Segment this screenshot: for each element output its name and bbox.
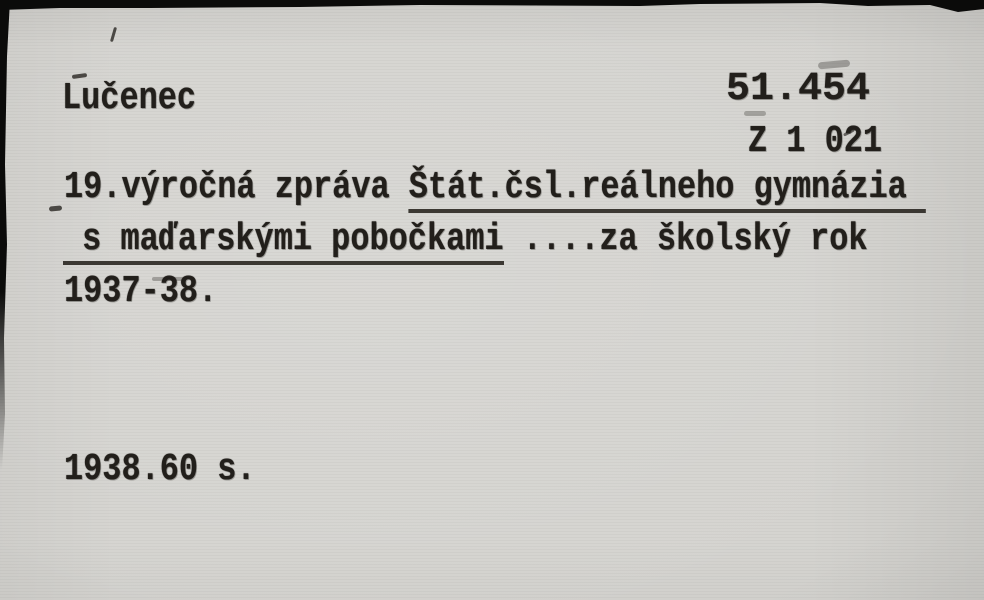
stray-mark-slash: [110, 27, 117, 42]
title-line2-underlined: s maďarskými pobočkami: [63, 218, 504, 265]
call-number: 51.454: [726, 70, 870, 110]
shelf-mark: Z 1 021: [748, 123, 882, 161]
card-heading: Lučenec: [62, 80, 196, 118]
title-line-3: 1937-38.: [64, 273, 217, 311]
title-line1-plain: 19.výročná zpráva: [64, 166, 409, 209]
scan-edge-top: [0, 0, 984, 14]
stray-mark-left-margin: [49, 205, 62, 211]
title-line-1: 19.výročná zpráva Štát.čsl.reálneho gymn…: [64, 169, 926, 207]
title-line-2: s maďarskými pobočkami ....za školský ro…: [63, 221, 868, 259]
title-line1-underlined: Štát.čsl.reálneho gymnázia: [409, 166, 926, 213]
title-line2-plain: ....za školský rok: [504, 218, 868, 261]
catalog-card-scan: Lučenec 51.454 Z 1 021 19.výročná zpráva…: [0, 0, 984, 600]
scan-edge-left: [0, 0, 10, 470]
imprint-line: 1938.60 s.: [64, 451, 256, 489]
